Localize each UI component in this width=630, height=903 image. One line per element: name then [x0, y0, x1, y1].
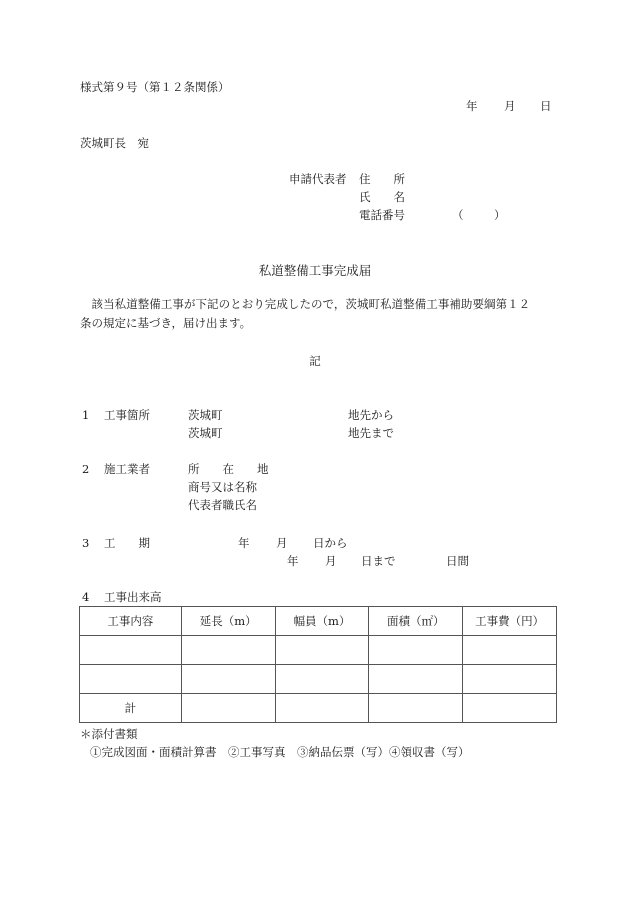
applicant-label: 申請代表者 [289, 174, 347, 186]
item-1-number: 1 [82, 410, 89, 422]
applicant-name-label: 氏 名 [359, 192, 405, 204]
cell-area[interactable] [369, 665, 463, 694]
item-3-number: 3 [82, 538, 89, 550]
cell-total-label: 計 [80, 694, 182, 723]
form-number: 様式第９号（第１２条関係） [80, 82, 230, 94]
item-1-location-from-town: 茨城町 [188, 410, 223, 422]
header-area: 面積（㎡） [369, 607, 463, 636]
item-1-location-from-suffix: 地先から [348, 410, 394, 422]
contractor-address-label: 所 在 地 [188, 464, 269, 476]
header-length: 延長（m） [181, 607, 275, 636]
date-year-label: 年 [466, 101, 478, 113]
table-row [80, 636, 557, 665]
item-3-label: 工 期 [104, 538, 150, 550]
contractor-company-label: 商号又は名称 [188, 482, 257, 494]
addressee: 茨城町長 宛 [80, 138, 149, 150]
ki-heading: 記 [0, 356, 630, 368]
item-1-location-to-town: 茨城町 [188, 428, 223, 440]
attachments-heading: ＊添付書類 [80, 729, 138, 741]
phone-paren-open: （ [452, 210, 464, 222]
cell-area[interactable] [369, 636, 463, 665]
cell-length[interactable] [181, 665, 275, 694]
work-results-table: 工事内容 延長（m） 幅員（m） 面積（㎡） 工事費（円） 計 [79, 606, 557, 723]
period-to-month: 月 [325, 556, 337, 568]
cell-total-area[interactable] [369, 694, 463, 723]
phone-paren-close: ） [494, 210, 506, 222]
item-2-label: 施工業者 [104, 464, 150, 476]
cell-length[interactable] [181, 636, 275, 665]
item-1-location-to-suffix: 地先まで [348, 428, 394, 440]
cell-total-width[interactable] [275, 694, 369, 723]
item-4-label: 工事出来高 [104, 592, 162, 604]
body-text-line-1: 該当私道整備工事が下記のとおり完成したので，茨城町私道整備工事補助要綱第１２ [80, 299, 530, 311]
item-1-label: 工事箇所 [104, 410, 150, 422]
cell-cost[interactable] [463, 636, 557, 665]
table-row [80, 665, 557, 694]
header-width: 幅員（m） [275, 607, 369, 636]
period-from-day: 日から [313, 538, 348, 550]
table-total-row: 計 [80, 694, 557, 723]
item-2-number: 2 [82, 464, 89, 476]
cell-total-length[interactable] [181, 694, 275, 723]
period-to-year: 年 [287, 556, 299, 568]
cell-cost[interactable] [463, 665, 557, 694]
cell-work-content[interactable] [80, 636, 182, 665]
header-work-content: 工事内容 [80, 607, 182, 636]
table-header-row: 工事内容 延長（m） 幅員（m） 面積（㎡） 工事費（円） [80, 607, 557, 636]
cell-work-content[interactable] [80, 665, 182, 694]
contractor-representative-label: 代表者職氏名 [188, 500, 257, 512]
applicant-phone-label: 電話番号 [359, 210, 405, 222]
date-day-label: 日 [540, 101, 552, 113]
attachments-list: ①完成図面・面積計算書 ②工事写真 ③納品伝票（写）④領収書（写） [90, 747, 470, 759]
item-4-number: 4 [82, 592, 89, 604]
cell-width[interactable] [275, 665, 369, 694]
period-days: 日間 [446, 556, 469, 568]
period-from-year: 年 [238, 538, 250, 550]
period-from-month: 月 [276, 538, 288, 550]
header-cost: 工事費（円） [463, 607, 557, 636]
body-text-line-2: 条の規定に基づき，届け出ます。 [80, 318, 251, 330]
date-month-label: 月 [504, 101, 516, 113]
period-to-day: 日まで [361, 556, 396, 568]
cell-total-cost[interactable] [463, 694, 557, 723]
cell-width[interactable] [275, 636, 369, 665]
document-title: 私道整備工事完成届 [0, 265, 630, 278]
applicant-address-label: 住 所 [359, 174, 405, 186]
